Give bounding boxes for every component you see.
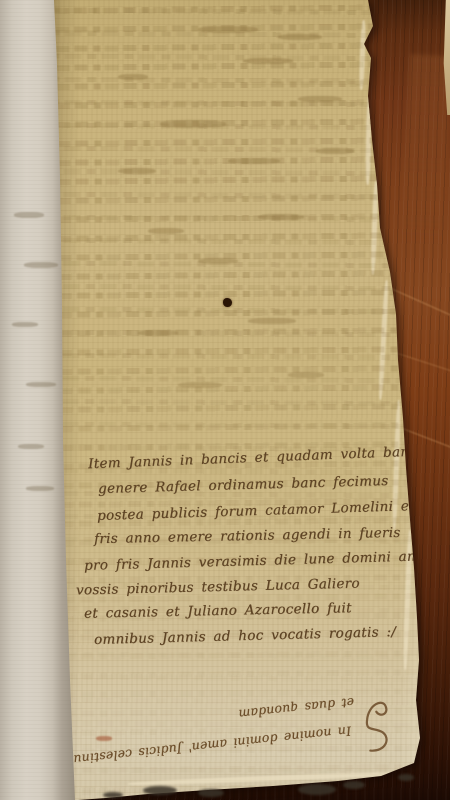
show-through-mark	[18, 444, 44, 449]
notarial-flourish	[355, 686, 398, 755]
show-through-text-layer	[48, 0, 430, 800]
show-through-mark	[118, 74, 148, 80]
show-through-mark	[178, 382, 222, 388]
show-through-mark	[248, 318, 296, 324]
show-through-mark	[118, 168, 156, 174]
show-through-mark	[198, 258, 238, 264]
show-through-rows	[45, 0, 433, 800]
show-through-mark	[316, 148, 354, 154]
show-through-mark	[243, 58, 293, 64]
show-through-mark	[160, 120, 226, 128]
inverted-note-line: et duas quondam	[238, 695, 355, 722]
bottom-edge-smudge	[143, 786, 177, 795]
bottom-edge-smudge	[398, 774, 414, 781]
manuscript-photo: Item Jannis in bancis et quadam volta ba…	[0, 0, 450, 800]
show-through-mark	[258, 214, 304, 220]
show-through-mark	[228, 158, 280, 164]
show-through-mark	[148, 228, 184, 234]
show-through-mark	[14, 212, 44, 218]
show-through-mark	[278, 34, 322, 40]
show-through-mark	[26, 486, 54, 491]
show-through-mark	[198, 26, 258, 33]
show-through-mark	[298, 96, 342, 102]
bottom-edge-smudge	[298, 784, 336, 795]
bottom-edge-smudge	[198, 789, 224, 797]
show-through-mark	[138, 330, 178, 336]
manuscript-page: Item Jannis in bancis et quadam volta ba…	[48, 0, 430, 800]
show-through-mark	[24, 262, 58, 268]
show-through-mark	[12, 322, 38, 327]
bottom-edge-smudge	[103, 792, 123, 798]
show-through-mark	[26, 382, 56, 387]
paper-surface: Item Jannis in bancis et quadam volta ba…	[48, 0, 430, 800]
worm-hole	[223, 298, 232, 307]
show-through-mark	[288, 372, 324, 378]
bottom-edge-smudge	[343, 781, 365, 789]
